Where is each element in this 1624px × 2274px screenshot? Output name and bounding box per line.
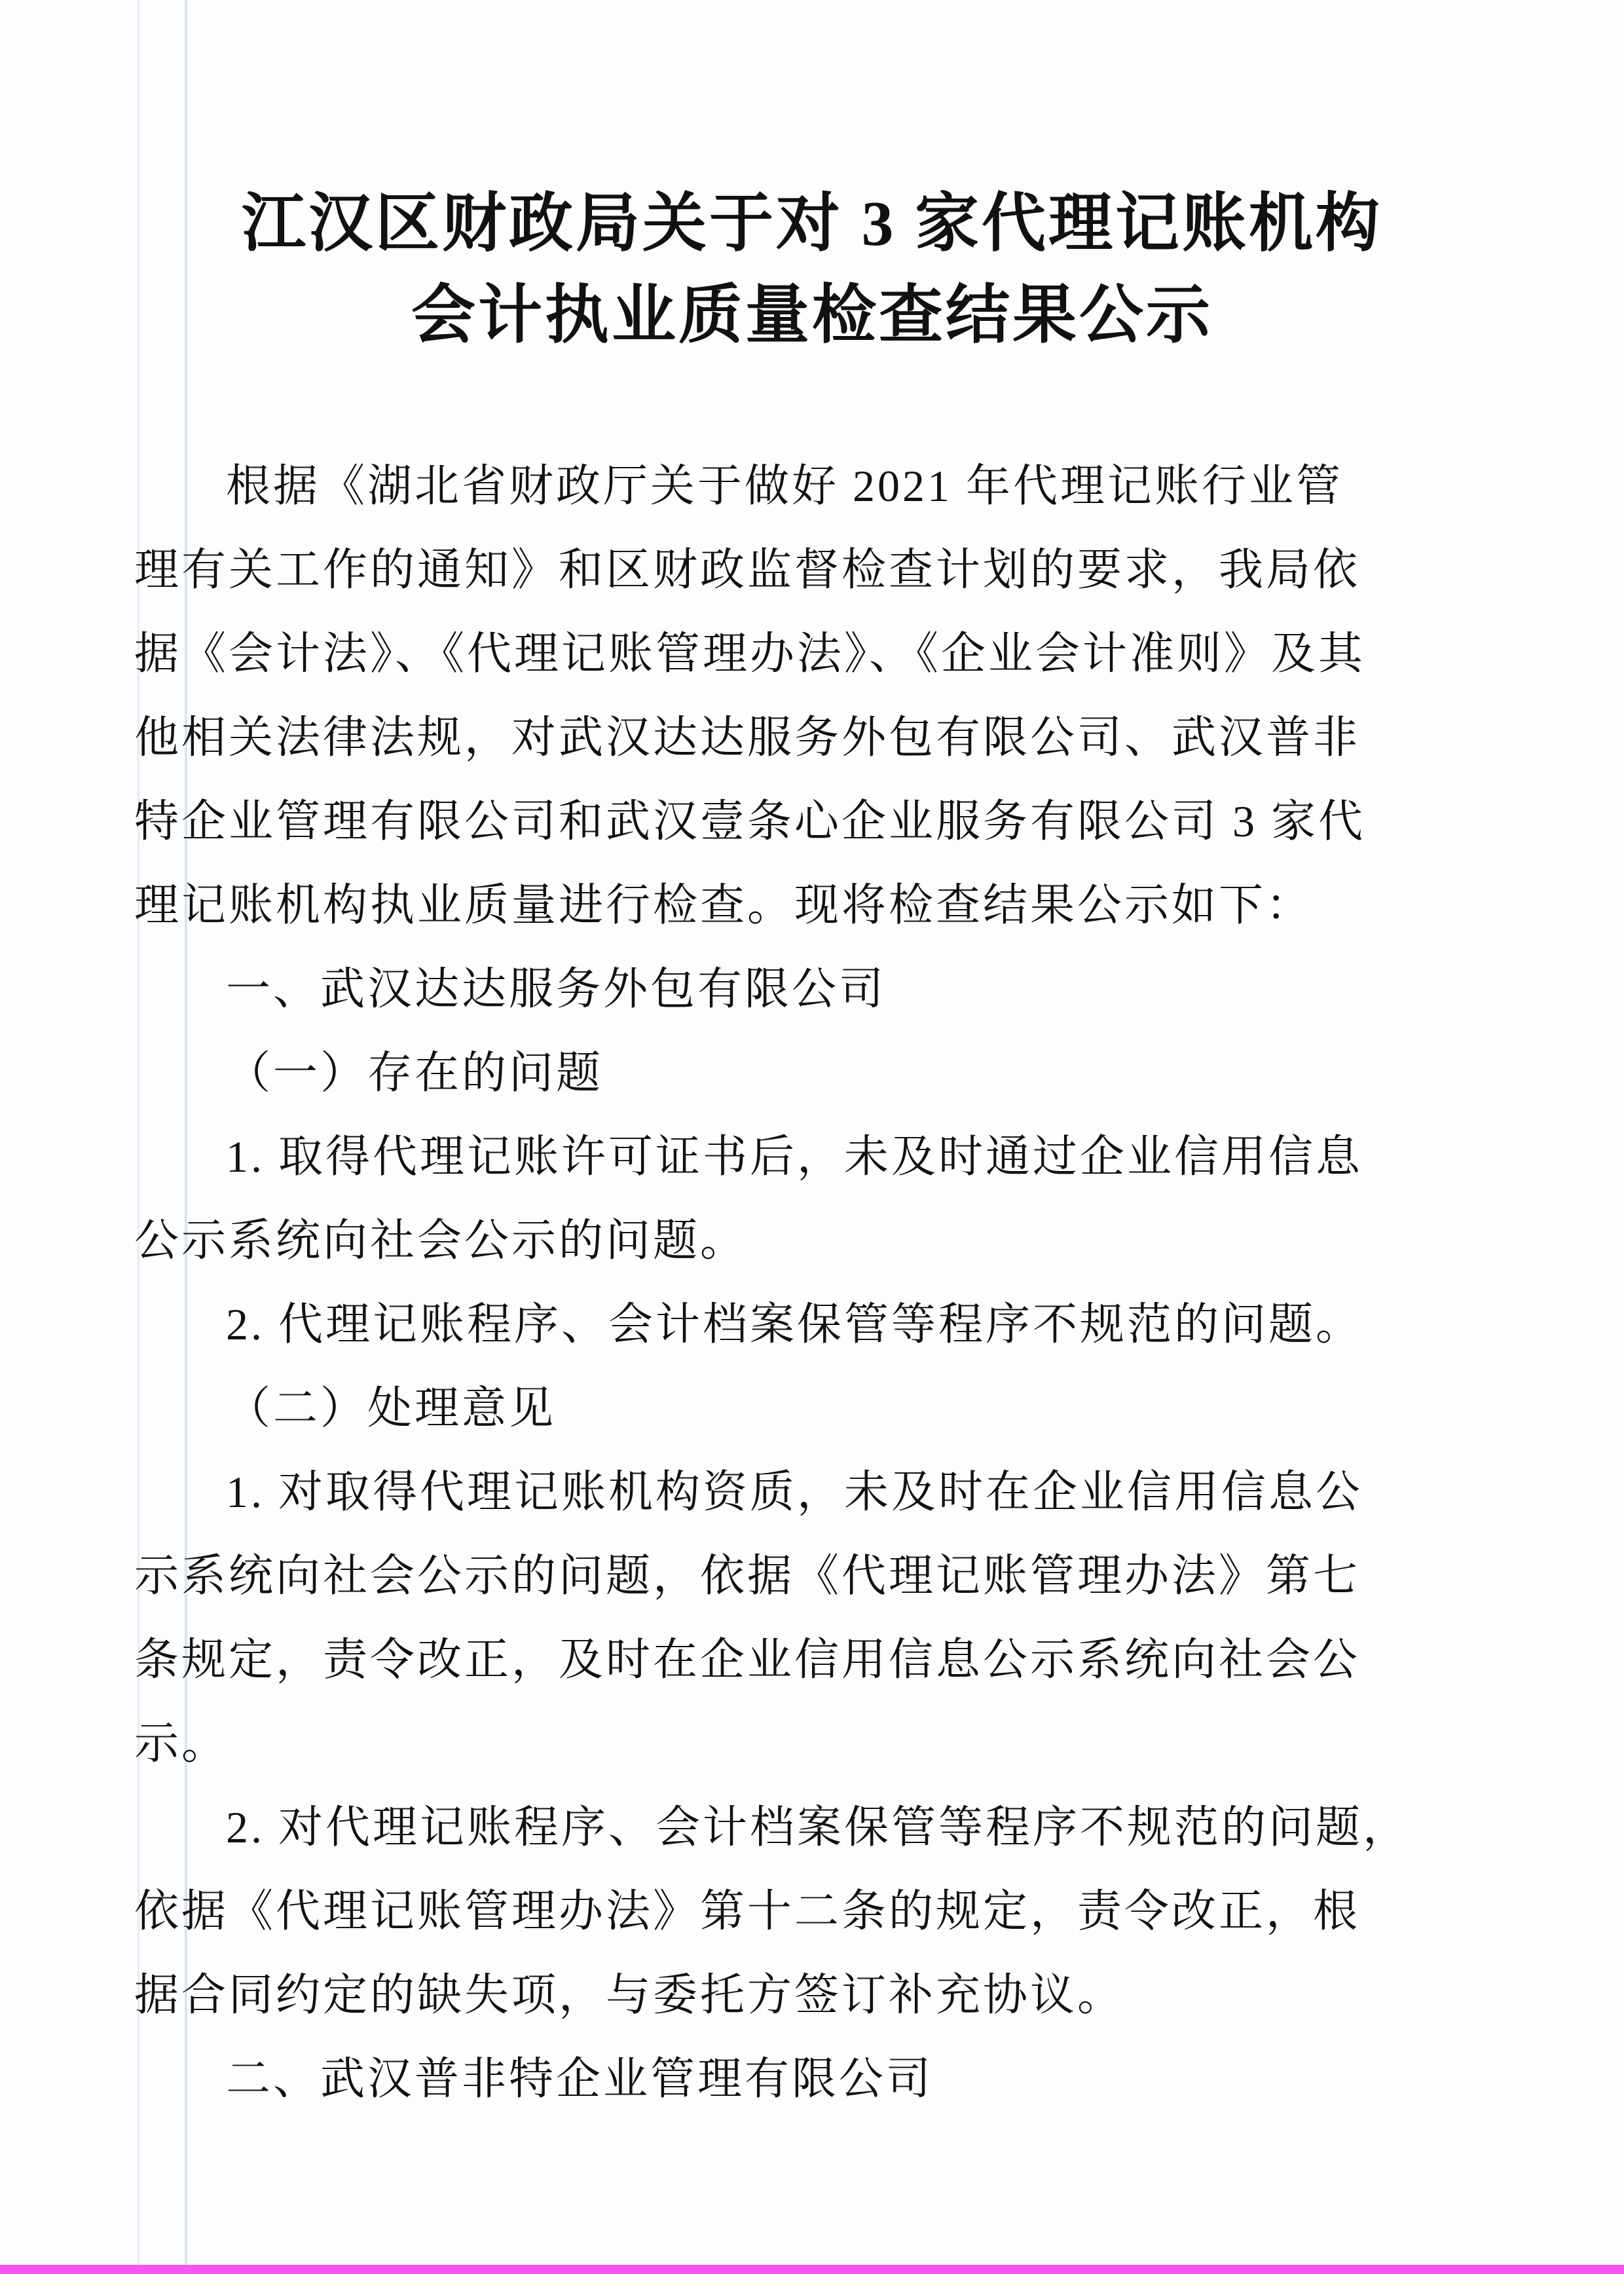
body-line: 特企业管理有限公司和武汉壹条心企业服务有限公司 3 家代 — [134, 779, 1378, 863]
body-line: 他相关法律法规，对武汉达达服务外包有限公司、武汉普非 — [134, 696, 1378, 779]
document-title-line-2: 会计执业质量检查结果公示 — [0, 270, 1624, 362]
scanned-document-page: 江汉区财政局关于对 3 家代理记账机构 会计执业质量检查结果公示 根据《湖北省财… — [0, 0, 1624, 2274]
body-line: 理有关工作的通知》和区财政监督检查计划的要求，我局依 — [134, 528, 1378, 612]
body-line: 示。 — [134, 1702, 1378, 1785]
document-body: 根据《湖北省财政厅关于做好 2021 年代理记账行业管 理有关工作的通知》和区财… — [134, 444, 1378, 2121]
body-line: 据《会计法》、《代理记账管理办法》、《企业会计准则》及其 — [134, 612, 1378, 696]
body-line: 2. 对代理记账程序、会计档案保管等程序不规范的问题， — [134, 1785, 1378, 1869]
body-line: 根据《湖北省财政厅关于做好 2021 年代理记账行业管 — [134, 444, 1378, 528]
body-line: 示系统向社会公示的问题，依据《代理记账管理办法》第七 — [134, 1534, 1378, 1618]
document-title: 江汉区财政局关于对 3 家代理记账机构 会计执业质量检查结果公示 — [0, 178, 1624, 362]
document-title-line-1: 江汉区财政局关于对 3 家代理记账机构 — [0, 178, 1624, 270]
body-line: 依据《代理记账管理办法》第十二条的规定，责令改正，根 — [134, 1869, 1378, 1953]
body-line: 理记账机构执业质量进行检查。现将检查结果公示如下： — [134, 863, 1378, 947]
scanner-color-bar-artifact — [0, 2265, 1624, 2274]
body-line-subsection-heading: （二）处理意见 — [134, 1366, 1378, 1450]
body-line-section-2-heading: 二、武汉普非特企业管理有限公司 — [134, 2037, 1378, 2121]
body-line-subsection-heading: （一）存在的问题 — [134, 1031, 1378, 1115]
body-line: 据合同约定的缺失项，与委托方签订补充协议。 — [134, 1953, 1378, 2037]
body-line: 条规定，责令改正，及时在企业信用信息公示系统向社会公 — [134, 1618, 1378, 1702]
body-line: 1. 对取得代理记账机构资质，未及时在企业信用信息公 — [134, 1450, 1378, 1534]
body-line: 公示系统向社会公示的问题。 — [134, 1199, 1378, 1282]
body-line-section-1-heading: 一、武汉达达服务外包有限公司 — [134, 947, 1378, 1031]
body-line: 1. 取得代理记账许可证书后，未及时通过企业信用信息 — [134, 1115, 1378, 1199]
body-line: 2. 代理记账程序、会计档案保管等程序不规范的问题。 — [134, 1282, 1378, 1366]
